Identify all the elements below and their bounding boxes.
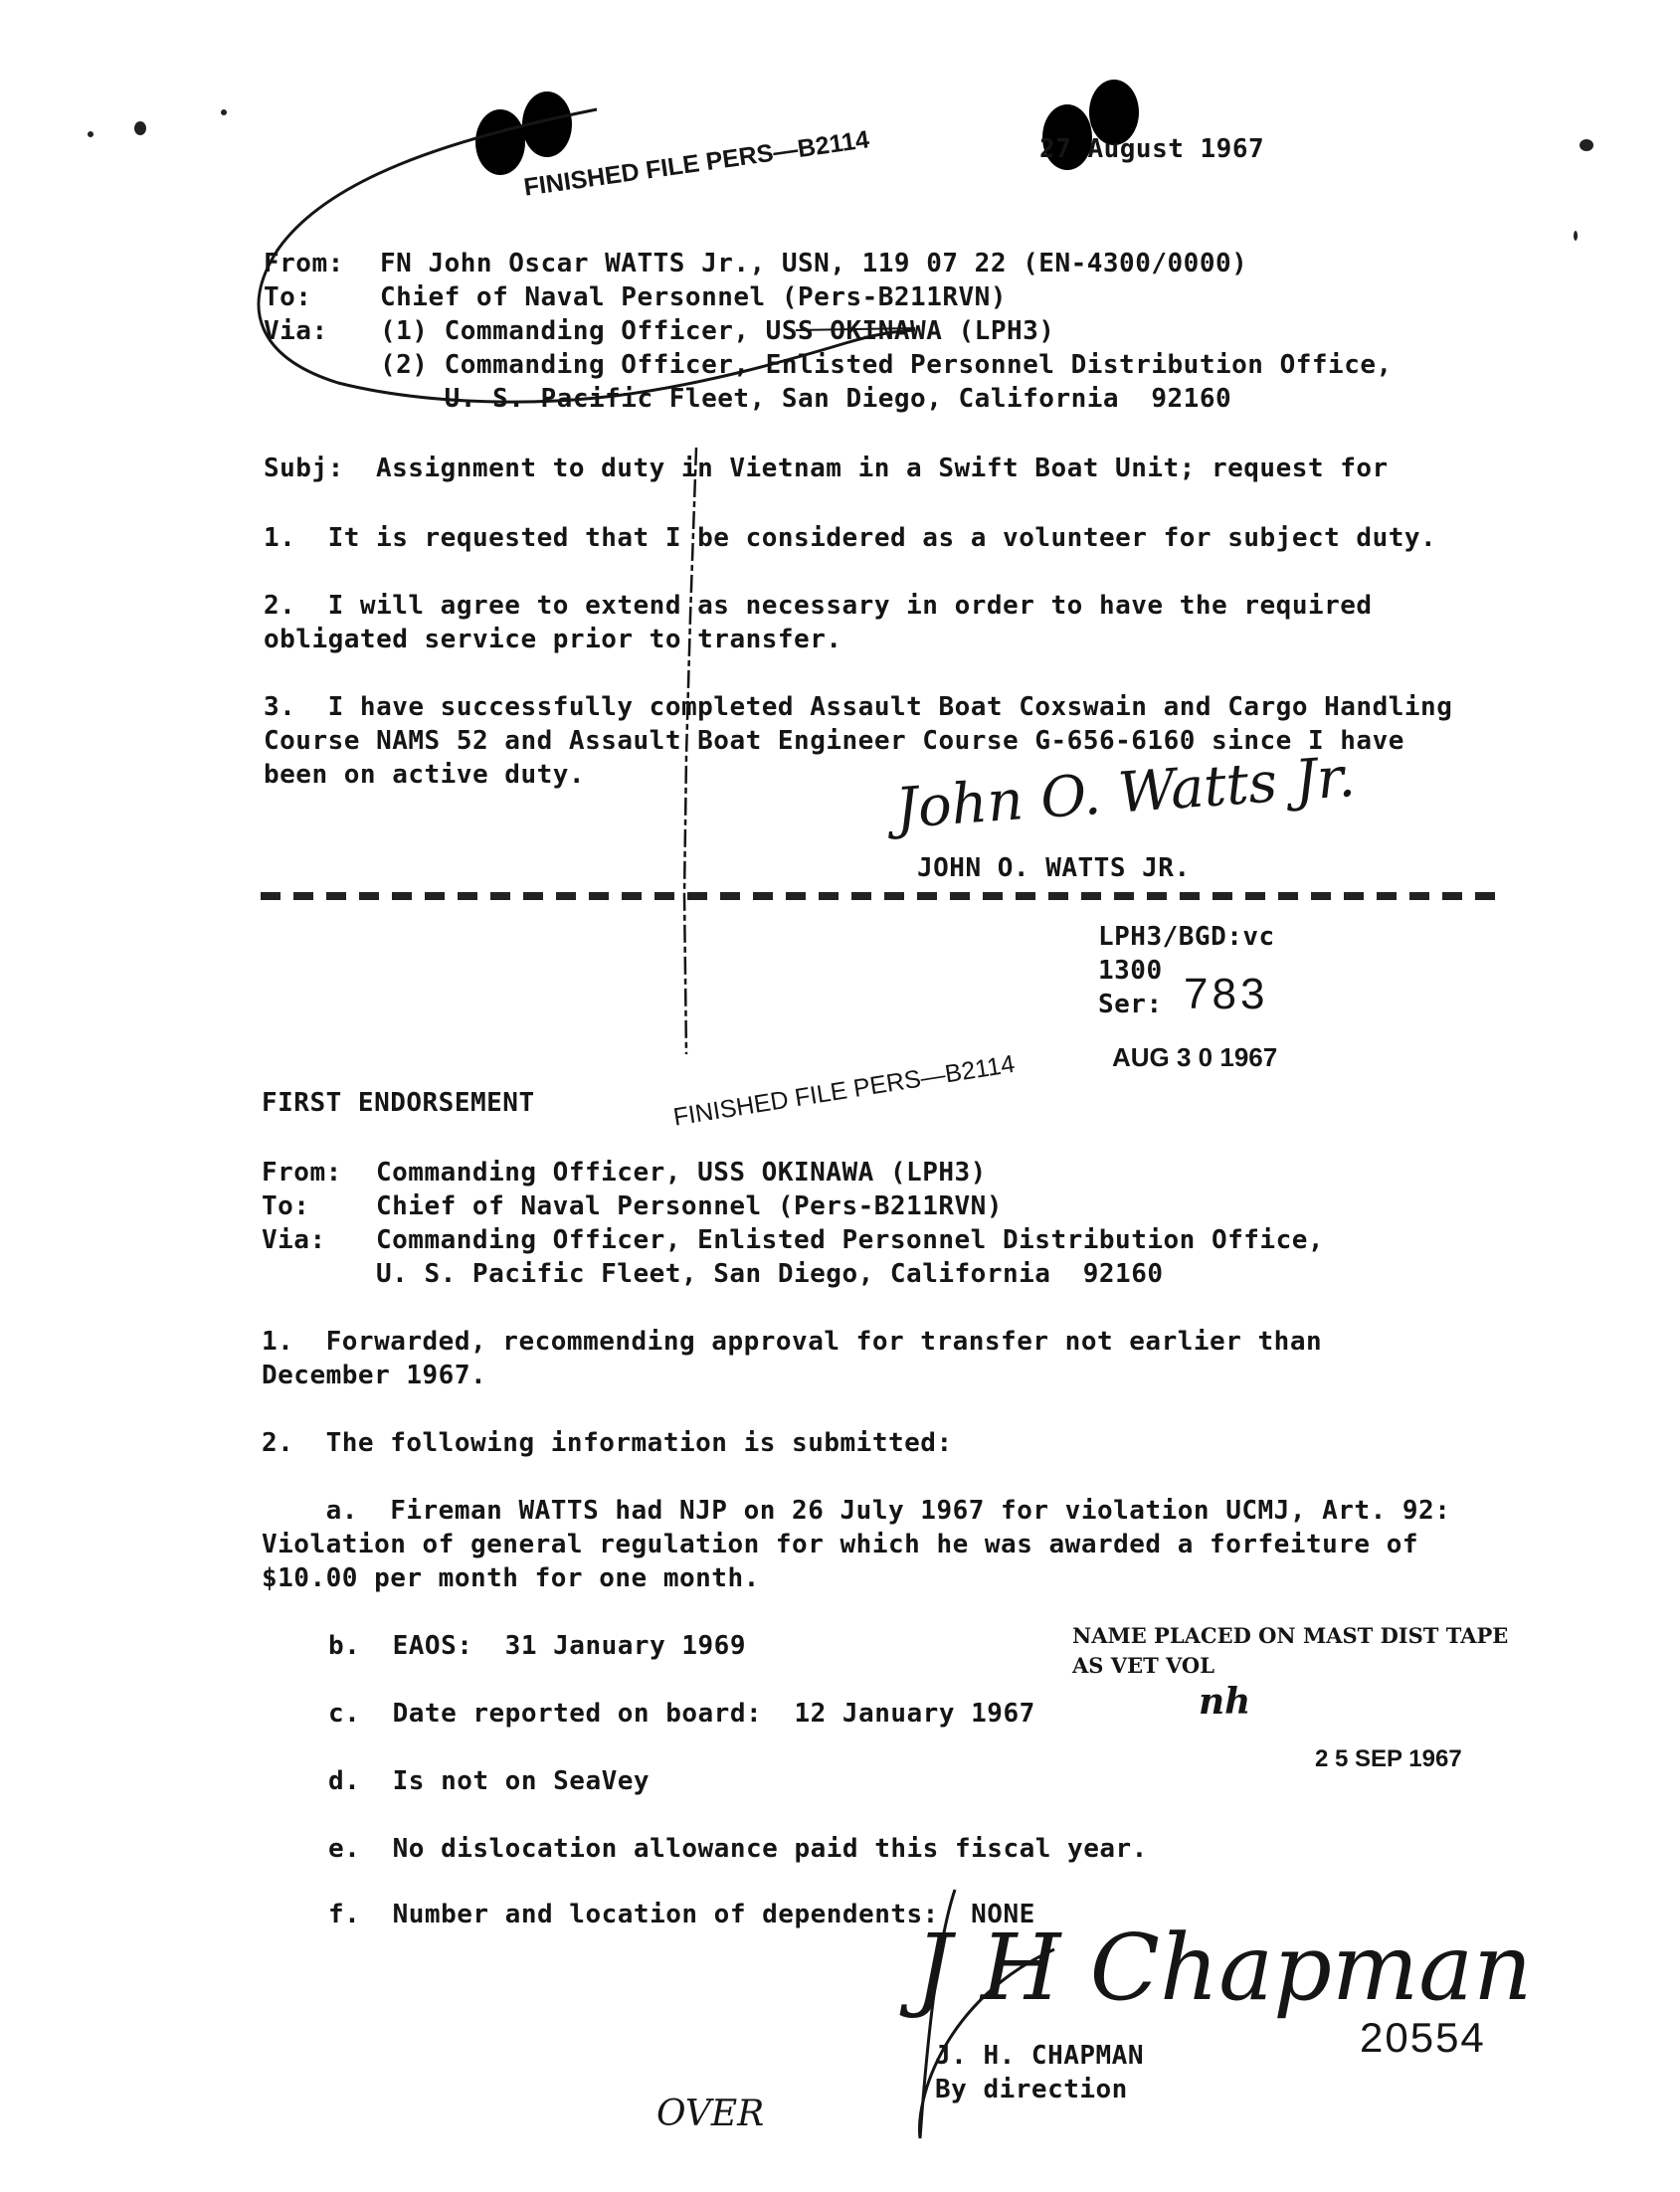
finished-file-stamp-endorsement: FINISHED FILE PERS—B2114	[671, 1050, 1017, 1133]
header-value-to: Chief of Naval Personnel (Pers-B211RVN)	[380, 280, 1007, 314]
paragraph-3-line-3: been on active duty.	[264, 758, 585, 792]
header-label-to: To:	[264, 280, 311, 314]
item-a-line-1: a. Fireman WATTS had NJP on 26 July 1967…	[262, 1494, 1450, 1528]
endorsement-title: FIRST ENDORSEMENT	[262, 1086, 535, 1120]
paragraph-1: 1. It is requested that I be considered …	[264, 521, 1436, 555]
subject-text: Assignment to duty in Vietnam in a Swift…	[376, 452, 1389, 485]
header-value-from: FN John Oscar WATTS Jr., USN, 119 07 22 …	[380, 247, 1247, 280]
paragraph-2-line-1: 2. I will agree to extend as necessary i…	[264, 589, 1373, 623]
end-value-via-1: Commanding Officer, Enlisted Personnel D…	[376, 1223, 1324, 1257]
paragraph-2-line-2: obligated service prior to transfer.	[264, 623, 842, 656]
item-e: e. No dislocation allowance paid this fi…	[328, 1832, 1148, 1866]
speck	[221, 109, 227, 115]
speck	[134, 121, 146, 135]
signature-name-watts: JOHN O. WATTS JR.	[917, 851, 1191, 885]
header-label-from: From:	[264, 247, 344, 280]
initials: nh	[1199, 1681, 1250, 1723]
speck	[88, 131, 93, 137]
end-label-to: To:	[262, 1189, 309, 1223]
letter-date: 27 August 1967	[1039, 132, 1264, 166]
signature-chapman: J H Chapman	[915, 1915, 1532, 2021]
end-para-1-line-1: 1. Forwarded, recommending approval for …	[262, 1325, 1322, 1359]
end-para-2: 2. The following information is submitte…	[262, 1426, 953, 1460]
end-value-from: Commanding Officer, USS OKINAWA (LPH3)	[376, 1156, 987, 1189]
serial-value: 783	[1184, 970, 1268, 1019]
sep-date-stamp: 2 5 SEP 1967	[1315, 1745, 1462, 1773]
separator-dashes	[261, 892, 1504, 900]
punch-hole-left-b	[522, 91, 572, 157]
end-label-via: Via:	[262, 1223, 326, 1257]
header-label-via: Via:	[264, 314, 328, 348]
ref-code: LPH3/BGD:vc	[1098, 920, 1275, 954]
item-d: d. Is not on SeaVey	[328, 1764, 650, 1798]
ref-number: 1300	[1098, 954, 1163, 988]
paragraph-3-line-1: 3. I have successfully completed Assault…	[264, 690, 1452, 724]
mast-dist-note-line-1: NAME PLACED ON MAST DIST TAPE	[1072, 1623, 1508, 1648]
header-value-via-3: U. S. Pacific Fleet, San Diego, Californ…	[380, 382, 1231, 416]
item-c: c. Date reported on board: 12 January 19…	[328, 1697, 1035, 1731]
signer-name: J. H. CHAPMAN	[935, 2039, 1144, 2073]
speck	[1574, 231, 1578, 241]
document-page: FINISHED FILE PERS—B2114 27 August 1967 …	[0, 0, 1680, 2192]
item-a-line-3: $10.00 per month for one month.	[262, 1561, 760, 1595]
end-label-from: From:	[262, 1156, 342, 1189]
end-value-via-2: U. S. Pacific Fleet, San Diego, Californ…	[376, 1257, 1164, 1291]
handwritten-over: OVER	[656, 2094, 764, 2134]
serial-label: Ser:	[1098, 988, 1163, 1021]
speck	[1580, 139, 1593, 151]
finished-file-stamp-top: FINISHED FILE PERS—B2114	[522, 125, 871, 202]
header-value-via-2: (2) Commanding Officer, Enlisted Personn…	[380, 348, 1393, 382]
punch-hole-left-a	[475, 109, 525, 175]
signer-role: By direction	[935, 2073, 1128, 2106]
end-para-1-line-2: December 1967.	[262, 1359, 486, 1392]
mast-dist-note-line-2: AS VET VOL	[1072, 1653, 1214, 1678]
end-value-to: Chief of Naval Personnel (Pers-B211RVN)	[376, 1189, 1003, 1223]
item-a-line-2: Violation of general regulation for whic…	[262, 1528, 1418, 1561]
signature-watts: John O. Watts Jr.	[893, 745, 1357, 841]
item-b: b. EAOS: 31 January 1969	[328, 1629, 746, 1663]
subject-label: Subj:	[264, 452, 344, 485]
received-date-stamp: AUG 3 0 1967	[1112, 1042, 1277, 1073]
handwritten-number: 20554	[1360, 2014, 1486, 2062]
header-value-via-1: (1) Commanding Officer, USS OKINAWA (LPH…	[380, 314, 1054, 348]
